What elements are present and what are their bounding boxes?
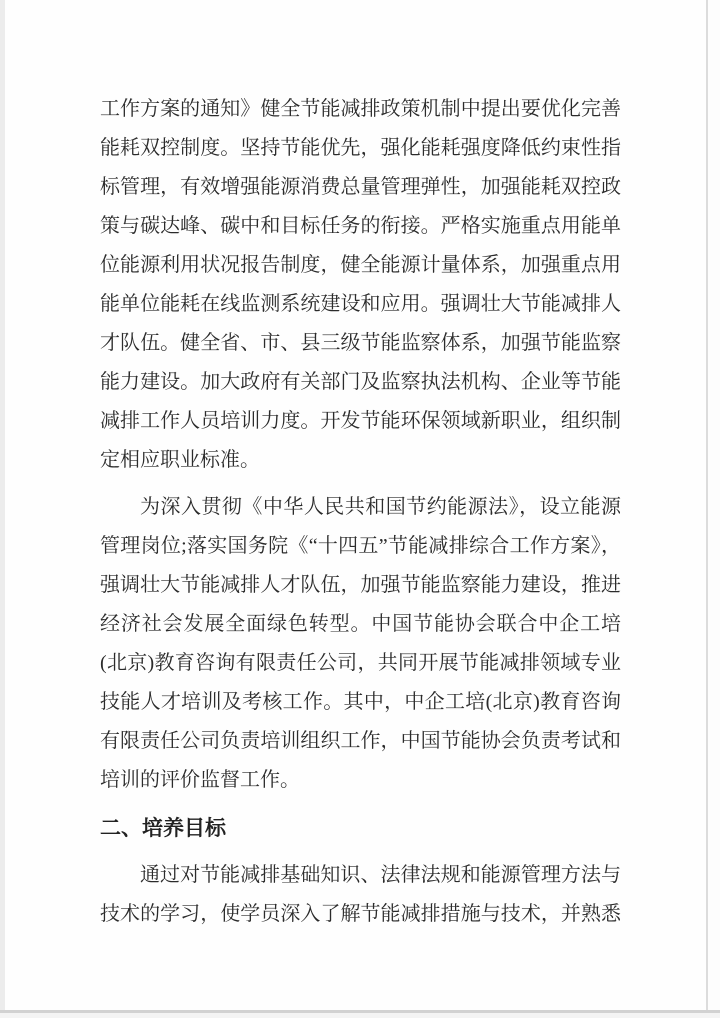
document-line: 标管理，有效增强能源消费总量管理弹性，加强能耗双控政 <box>100 168 621 207</box>
paragraph-2: 为深入贯彻《中华人民共和国节约能源法》，设立能源 管理岗位;落实国务院《“十四五… <box>100 488 621 800</box>
document-line: 有限责任公司负责培训组织工作，中国节能协会负责考试和 <box>100 722 621 761</box>
document-line: (北京)教育咨询有限责任公司，共同开展节能减排领域专业 <box>100 644 621 683</box>
document-line: 才队伍。健全省、市、县三级节能监察体系，加强节能监察 <box>100 324 621 363</box>
page-left-edge <box>0 0 5 1018</box>
document-line: 为深入贯彻《中华人民共和国节约能源法》，设立能源 <box>100 488 621 527</box>
page-right-edge-line <box>706 0 708 1010</box>
document-line: 通过对节能减排基础知识、法律法规和能源管理方法与 <box>100 856 621 895</box>
document-line: 能力建设。加大政府有关部门及监察执法机构、企业等节能 <box>100 363 621 402</box>
document-line: 能单位能耗在线监测系统建设和应用。强调壮大节能减排人 <box>100 285 621 324</box>
document-line: 技能人才培训及考核工作。其中，中企工培(北京)教育咨询 <box>100 683 621 722</box>
document-body: 工作方案的通知》健全节能减排政策机制中提出要优化完善 能耗双控制度。坚持节能优先… <box>100 90 621 934</box>
document-line: 管理岗位;落实国务院《“十四五”节能减排综合工作方案》， <box>100 527 621 566</box>
document-line: 位能源利用状况报告制度，健全能源计量体系，加强重点用 <box>100 246 621 285</box>
document-line: 培训的评价监督工作。 <box>100 761 621 800</box>
document-line: 策与碳达峰、碳中和目标任务的衔接。严格实施重点用能单 <box>100 207 621 246</box>
document-line: 技术的学习，使学员深入了解节能减排措施与技术，并熟悉 <box>100 895 621 934</box>
paragraph-1: 工作方案的通知》健全节能减排政策机制中提出要优化完善 能耗双控制度。坚持节能优先… <box>100 90 621 480</box>
paragraph-3: 通过对节能减排基础知识、法律法规和能源管理方法与 技术的学习，使学员深入了解节能… <box>100 856 621 934</box>
document-line: 强调壮大节能减排人才队伍，加强节能监察能力建设，推进 <box>100 566 621 605</box>
document-line: 能耗双控制度。坚持节能优先，强化能耗强度降低约束性指 <box>100 129 621 168</box>
page-below-bottom-area <box>0 1013 720 1018</box>
document-line: 经济社会发展全面绿色转型。中国节能协会联合中企工培 <box>100 605 621 644</box>
section-heading-training-objectives: 二、培养目标 <box>100 809 621 848</box>
document-line: 定相应职业标准。 <box>100 441 621 480</box>
document-line: 工作方案的通知》健全节能减排政策机制中提出要优化完善 <box>100 90 621 129</box>
document-line: 减排工作人员培训力度。开发节能环保领域新职业，组织制 <box>100 402 621 441</box>
